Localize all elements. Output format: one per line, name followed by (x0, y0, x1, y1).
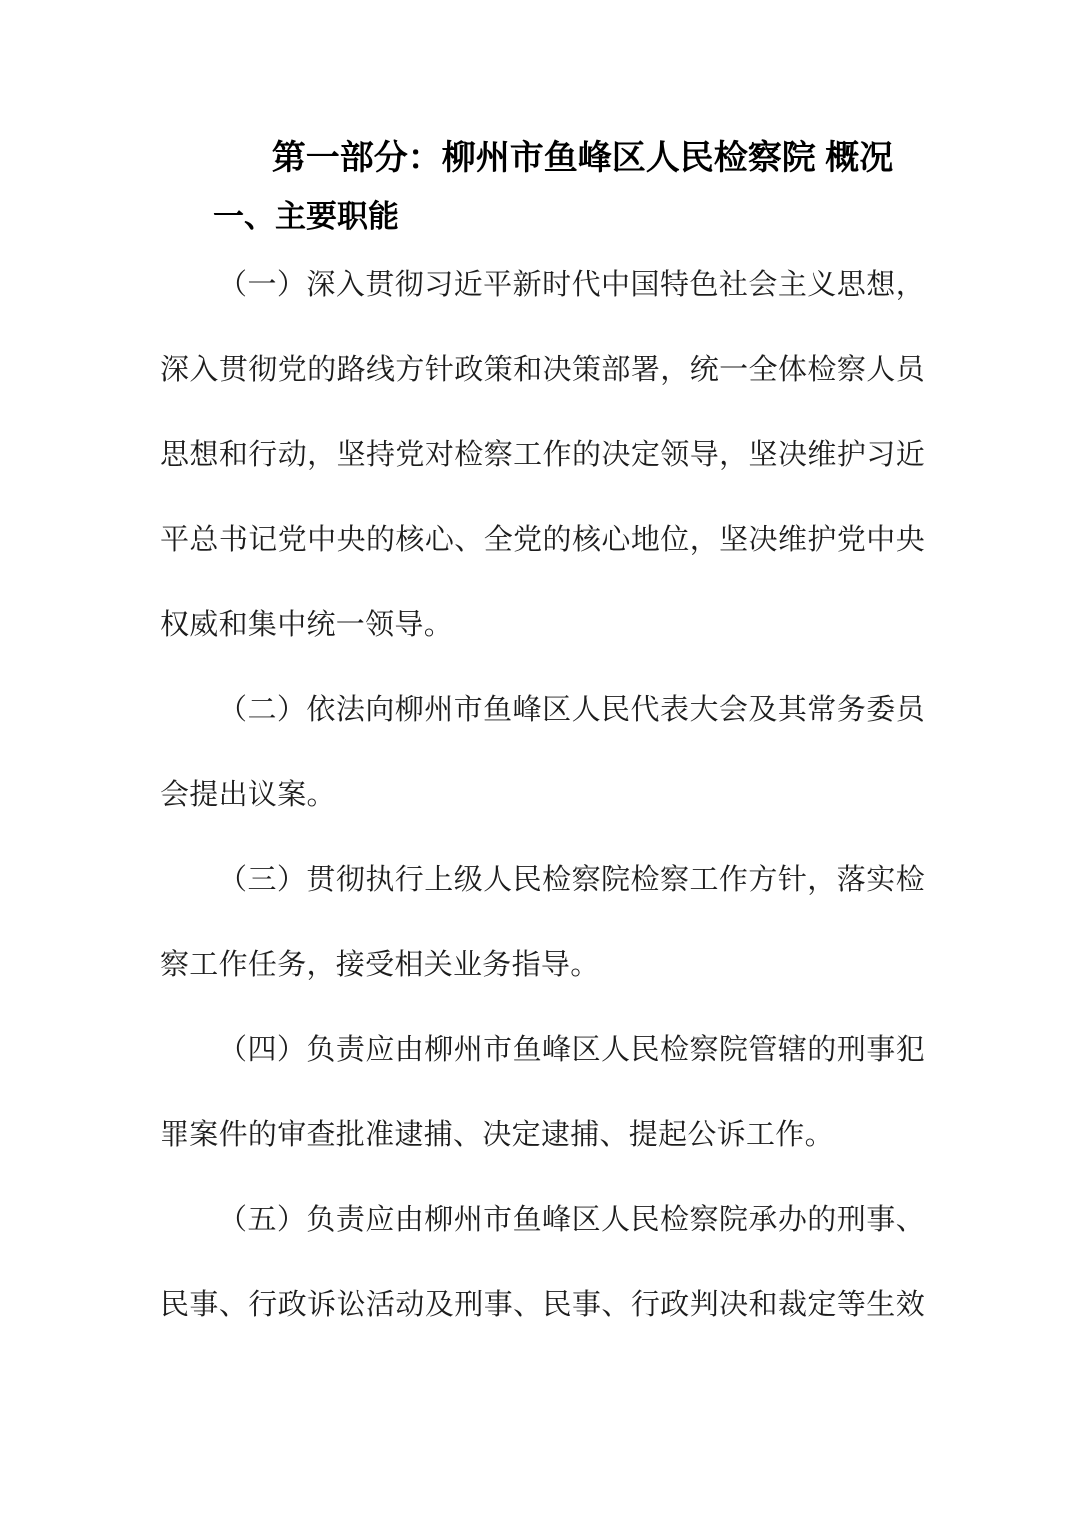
paragraph-1-line-1: （一）深入贯彻习近平新时代中国特色社会主义思想， (160, 243, 925, 328)
paragraph-5-line-1: （五）负责应由柳州市鱼峰区人民检察院承办的刑事、 (160, 1178, 925, 1263)
paragraph-3-line-2: 察工作任务，接受相关业务指导。 (160, 923, 925, 1008)
paragraph-1-line-3: 思想和行动，坚持党对检察工作的决定领导，坚决维护习近 (160, 413, 925, 498)
paragraph-3-line-1: （三）贯彻执行上级人民检察院检察工作方针，落实检 (160, 838, 925, 923)
document-content: 第一部分：柳州市鱼峰区人民检察院 概况 一、主要职能 （一）深入贯彻习近平新时代… (160, 0, 925, 1520)
paragraph-1-line-4: 平总书记党中央的核心、全党的核心地位，坚决维护党中央 (160, 498, 925, 583)
paragraph-2-line-1: （二）依法向柳州市鱼峰区人民代表大会及其常务委员 (160, 668, 925, 753)
paragraph-2-line-2: 会提出议案。 (160, 753, 925, 838)
paragraph-5-line-2: 民事、行政诉讼活动及刑事、民事、行政判决和裁定等生效 (160, 1263, 925, 1348)
document-title: 第一部分：柳州市鱼峰区人民检察院 概况 (160, 136, 925, 180)
document-page: 第一部分：柳州市鱼峰区人民检察院 概况 一、主要职能 （一）深入贯彻习近平新时代… (0, 0, 1075, 1520)
document-body: （一）深入贯彻习近平新时代中国特色社会主义思想， 深入贯彻党的路线方针政策和决策… (160, 243, 925, 1348)
paragraph-4-line-2: 罪案件的审查批准逮捕、决定逮捕、提起公诉工作。 (160, 1093, 925, 1178)
paragraph-1-line-5: 权威和集中统一领导。 (160, 583, 925, 668)
section-heading: 一、主要职能 (213, 197, 399, 237)
paragraph-1-line-2: 深入贯彻党的路线方针政策和决策部署，统一全体检察人员 (160, 328, 925, 413)
paragraph-4-line-1: （四）负责应由柳州市鱼峰区人民检察院管辖的刑事犯 (160, 1008, 925, 1093)
